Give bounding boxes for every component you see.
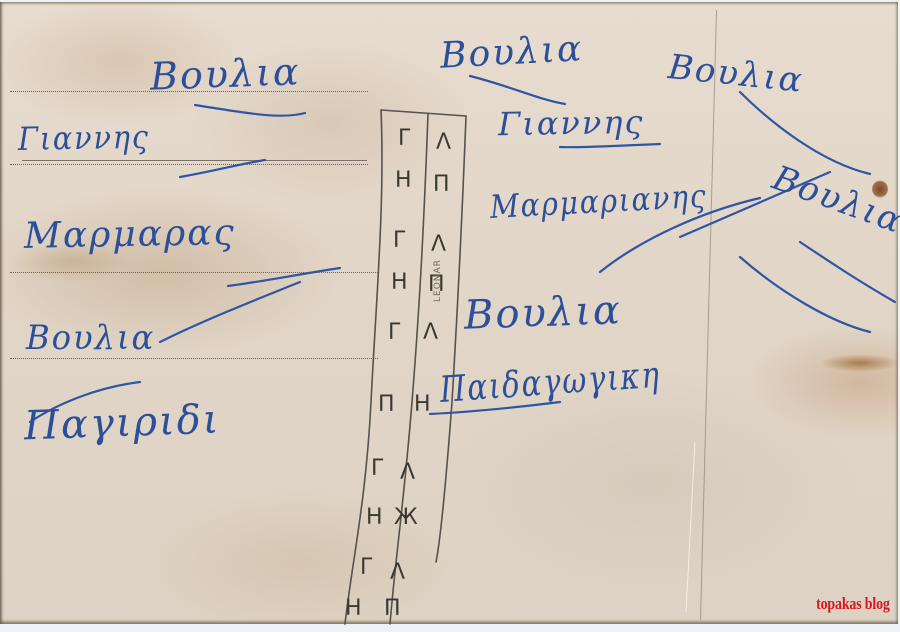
handwritten-name: Παγιριδι (23, 397, 221, 450)
pencil-letter: Η (414, 394, 431, 416)
handwritten-name: Βουλια (149, 49, 301, 98)
pencil-letter: Η (366, 507, 383, 529)
pencil-letter: Π (378, 394, 395, 416)
pencil-letter: Γ (360, 557, 372, 579)
handwritten-name: Βουλια (439, 28, 584, 76)
pencil-letter: Γ (393, 230, 405, 252)
stamp-text: LEONAR (433, 259, 443, 302)
postcard-back: Γ Η Γ Η Γ Π Γ Η Γ Η Λ Π Λ Π Λ Η Λ Ж Λ Π … (0, 2, 898, 624)
handwritten-name: Βουλια (463, 287, 622, 338)
handwritten-name: Βουλια (26, 318, 155, 358)
pencil-letter: Γ (388, 322, 400, 344)
pencil-letter: Π (384, 598, 401, 620)
pencil-letter: Γ (398, 128, 410, 150)
pencil-letter: Λ (423, 322, 438, 344)
handwritten-name: Γιαννης (498, 103, 645, 144)
pencil-letter: Γ (371, 458, 383, 480)
pencil-letter: Λ (400, 462, 415, 484)
pencil-letter: Λ (390, 562, 405, 584)
pencil-letter: Ж (394, 507, 418, 529)
handwritten-name: Μαρμαρας (24, 212, 236, 257)
pencil-letter: Λ (431, 234, 446, 256)
watermark: topakas blog (816, 594, 890, 614)
pencil-letter: Η (391, 272, 408, 294)
pencil-letter: Λ (436, 132, 451, 154)
pencil-letter: Π (433, 174, 450, 196)
pencil-letter: Η (395, 170, 412, 192)
handwritten-name: Γιαννης (18, 118, 150, 158)
